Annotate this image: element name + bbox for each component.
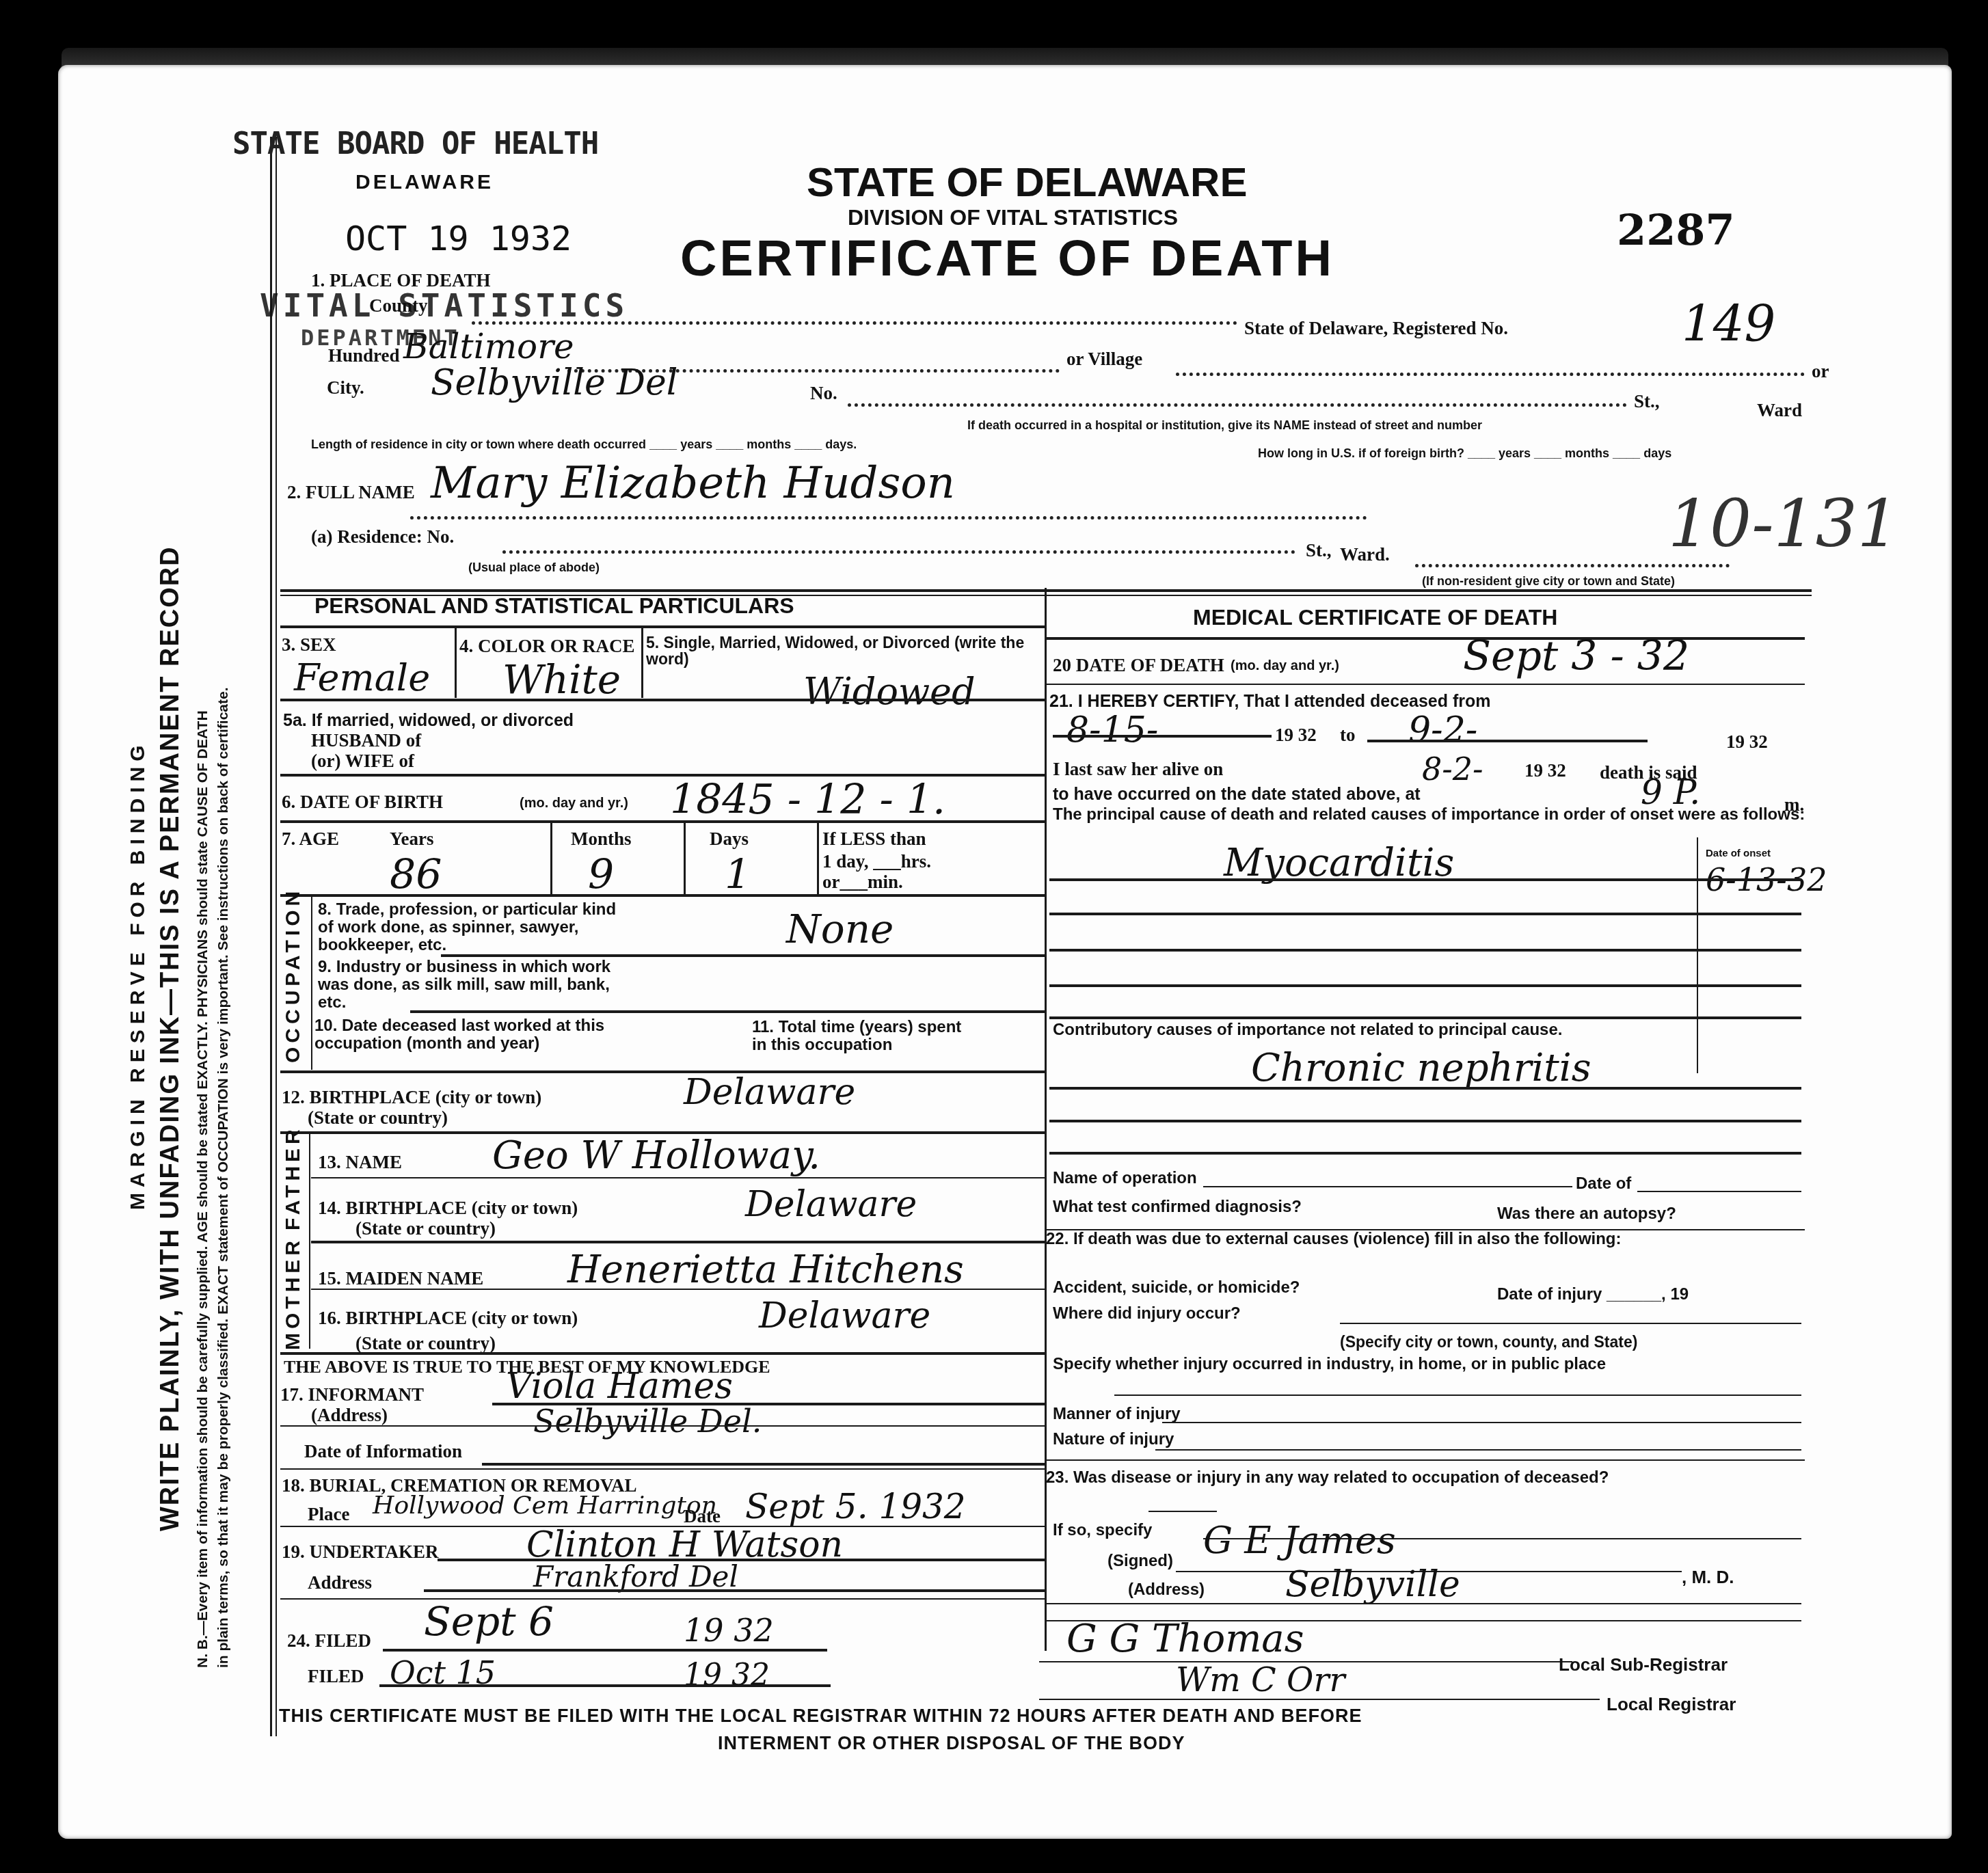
spouse-label-1: 5a. If married, widowed, or divorced: [283, 711, 574, 731]
md-label: , M. D.: [1682, 1567, 1734, 1588]
county-field[interactable]: [472, 321, 1237, 325]
cause-line-5[interactable]: [1049, 1016, 1801, 1019]
occupation-related-label: 23. Was disease or injury in any way rel…: [1046, 1466, 1791, 1490]
mother-birthplace-sub: (State or country): [355, 1333, 496, 1354]
birthplace-label: 12. BIRTHPLACE (city or town): [282, 1087, 541, 1108]
attended-to-value[interactable]: 9-2-: [1408, 710, 1477, 751]
attended-from-value[interactable]: 8-15-: [1066, 710, 1158, 751]
autopsy-label: Was there an autopsy?: [1497, 1204, 1676, 1224]
cause-line-4[interactable]: [1049, 984, 1801, 987]
age-years-value[interactable]: 86: [390, 851, 442, 899]
marital-label: 5. Single, Married, Widowed, or Divorced…: [646, 634, 1043, 667]
injury-date-label: Date of injury ______, 19: [1497, 1285, 1689, 1304]
nature-label: Nature of injury: [1053, 1430, 1174, 1449]
burial-date-value[interactable]: Sept 5. 1932: [745, 1487, 966, 1526]
attended-from-year: 19 32: [1275, 725, 1317, 746]
operation-field[interactable]: [1203, 1186, 1572, 1187]
row-line: [280, 1352, 1045, 1355]
subregistrar-signature[interactable]: G G Thomas: [1066, 1617, 1304, 1661]
undertaker-address-label: Address: [308, 1572, 372, 1593]
row-line: [280, 820, 1045, 823]
occurred-label: to have occurred on the date stated abov…: [1053, 785, 1421, 805]
registrar-field: [1039, 1699, 1600, 1700]
occupation-related-field[interactable]: [1149, 1511, 1217, 1512]
row-line: [280, 894, 1045, 897]
birthplace-sub-label: (State or country): [308, 1107, 448, 1129]
informant-value[interactable]: Viola Hames: [506, 1366, 733, 1407]
less-than-label-1: If LESS than: [822, 828, 926, 850]
ward-label: Ward: [1757, 400, 1802, 421]
last-saw-year: 19 32: [1524, 760, 1566, 781]
vital-statistics-overprint: VITAL STATISTICS: [260, 287, 628, 324]
to-label: to: [1340, 725, 1356, 746]
birthplace-value[interactable]: Delaware: [684, 1072, 855, 1113]
operation-label: Name of operation: [1053, 1169, 1197, 1188]
cause-line-3[interactable]: [1049, 949, 1801, 952]
city-value[interactable]: Selbyville Del: [431, 362, 677, 403]
race-label: 4. COLOR OR RACE: [459, 636, 635, 657]
dob-sub-label: (mo. day and yr.): [520, 796, 628, 811]
place-of-death-label: 1. PLACE OF DEATH: [311, 270, 491, 291]
row-line: [1046, 684, 1805, 685]
last-saw-value[interactable]: 8-2-: [1422, 751, 1483, 787]
physician-address-label: (Address): [1128, 1580, 1205, 1600]
age-days-value[interactable]: 1: [725, 851, 751, 899]
undertaker-field: [438, 1559, 1045, 1561]
industry-field[interactable]: [410, 1010, 1045, 1013]
cause-line-1[interactable]: [1049, 878, 1801, 881]
mother-side-label: MOTHER: [282, 1237, 305, 1350]
row-line: [280, 1070, 1045, 1073]
row-line: [280, 625, 1045, 628]
whether-injury-label: Specify whether injury occurred in indus…: [1053, 1353, 1798, 1375]
subregistrar-label: Local Sub-Registrar: [1559, 1654, 1728, 1675]
date-info-label: Date of Information: [304, 1441, 462, 1462]
medical-section-title: MEDICAL CERTIFICATE OF DEATH: [1193, 605, 1557, 630]
row-line: [280, 1425, 1045, 1427]
age-months-label: Months: [571, 828, 632, 850]
parents-side-divider: [309, 1133, 310, 1349]
residence-ward-field[interactable]: [1415, 564, 1730, 567]
trade-value[interactable]: None: [786, 906, 894, 952]
full-name-value[interactable]: Mary Elizabeth Hudson: [431, 458, 955, 509]
onset-column-divider: [1697, 837, 1698, 1073]
onset-header: Date of onset: [1706, 848, 1771, 859]
village-field[interactable]: [1176, 373, 1805, 376]
attended-to-year: 19 32: [1726, 731, 1768, 753]
filed-field: [383, 1649, 827, 1652]
specify-place-note: (Specify city or town, county, and State…: [1340, 1333, 1637, 1351]
hundred-label: Hundred: [328, 345, 400, 366]
footer-line-2: INTERMENT OR OTHER DISPOSAL OF THE BODY: [718, 1733, 1185, 1754]
certificate-title: CERTIFICATE OF DEATH: [680, 229, 1334, 287]
st-label: St.,: [1634, 391, 1660, 412]
registrar-label: Local Registrar: [1607, 1694, 1736, 1715]
state-title: STATE OF DELAWARE: [807, 159, 1247, 206]
trade-label: 8. Trade, profession, or particular kind…: [318, 901, 626, 954]
row-divider: [641, 628, 643, 698]
father-birthplace-value[interactable]: Delaware: [745, 1184, 917, 1225]
occupation-side-divider: [311, 895, 312, 1070]
contrib-line-1[interactable]: [1049, 1087, 1801, 1090]
nb-instructions-line2: in plain terms, so that it may be proper…: [215, 687, 232, 1668]
industry-label: 9. Industry or business in which work wa…: [318, 958, 626, 1012]
operation-date-label: Date of: [1576, 1174, 1631, 1194]
row-line: [280, 1468, 1045, 1470]
manner-label: Manner of injury: [1053, 1405, 1181, 1424]
nb-instructions-line1: N. B.—Every item of information should b…: [195, 710, 211, 1668]
nature-field[interactable]: [1155, 1449, 1801, 1451]
stamp-state: DELAWARE: [355, 171, 494, 194]
physician-signature[interactable]: G E James: [1203, 1519, 1396, 1562]
mother-birthplace-value[interactable]: Delaware: [759, 1295, 930, 1336]
father-birthplace-label: 14. BIRTHPLACE (city or town): [318, 1198, 578, 1219]
form-left-border: [270, 137, 272, 1736]
informant-address-value[interactable]: Selbyville Del.: [533, 1403, 762, 1440]
age-months-value[interactable]: 9: [588, 851, 614, 899]
public-place-field[interactable]: [1114, 1394, 1801, 1396]
registrar-signature[interactable]: Wm C Orr: [1176, 1661, 1345, 1699]
where-injury-label: Where did injury occur?: [1053, 1304, 1241, 1323]
row-divider: [817, 822, 819, 894]
row-divider: [550, 822, 552, 894]
filed-value[interactable]: Sept 6: [424, 1598, 554, 1645]
footer-line-1: THIS CERTIFICATE MUST BE FILED WITH THE …: [279, 1706, 1362, 1727]
full-name-label: 2. FULL NAME: [287, 482, 415, 503]
residence-length-label: Length of residence in city or town wher…: [311, 437, 857, 452]
occupation-side-label: OCCUPATION: [282, 887, 305, 1063]
residence-label: (a) Residence: No.: [311, 526, 454, 548]
residence-st-label: St.,: [1306, 540, 1332, 561]
where-injury-field[interactable]: [1340, 1323, 1801, 1324]
county-label: County: [369, 295, 428, 316]
hundred-value[interactable]: Baltimore: [403, 327, 574, 366]
row-line: [441, 954, 1045, 957]
burial-place-value[interactable]: Hollywood Cem Harrington: [373, 1492, 717, 1520]
personal-section-title: PERSONAL AND STATISTICAL PARTICULARS: [314, 593, 794, 619]
village-label: or Village: [1066, 349, 1142, 370]
undertaker-address-value[interactable]: Frankford Del: [533, 1560, 738, 1593]
registered-label: State of Delaware, Registered No.: [1244, 318, 1508, 339]
less-than-label-3: or___min.: [822, 872, 903, 893]
age-label: 7. AGE: [282, 828, 339, 850]
marital-value[interactable]: Widowed: [803, 670, 976, 713]
row-line: [1046, 1459, 1805, 1461]
informant-label: 17. INFORMANT: [280, 1384, 424, 1405]
or-label: or: [1812, 361, 1829, 382]
city-label: City.: [327, 377, 364, 399]
burial-place-label: Place: [308, 1504, 349, 1525]
dod-sub-label: (mo. day and yr.): [1231, 658, 1339, 674]
test-label: What test confirmed diagnosis?: [1053, 1198, 1302, 1217]
physician-address-value[interactable]: Selbyville: [1285, 1564, 1460, 1605]
spouse-label-3: (or) WIFE of: [311, 751, 414, 772]
row-line: [311, 1289, 1045, 1290]
dod-value[interactable]: Sept 3 - 32: [1463, 632, 1689, 680]
sex-label: 3. SEX: [282, 634, 336, 656]
usual-abode-note: (Usual place of abode): [468, 561, 600, 575]
registered-number[interactable]: 149: [1682, 295, 1775, 353]
undertaker-address-field: [424, 1589, 1045, 1592]
external-causes-label: 22. If death was due to external causes …: [1046, 1232, 1798, 1247]
column-divider: [1045, 588, 1047, 1651]
undertaker-label: 19. UNDERTAKER: [282, 1541, 439, 1563]
operation-date-field[interactable]: [1637, 1191, 1801, 1192]
form-left-border-inner: [276, 137, 277, 1736]
informant-address-label: (Address): [311, 1405, 388, 1426]
row-line: [311, 1177, 1045, 1178]
margin-note-number: 10-131: [1668, 485, 1899, 562]
foreign-birth-label: How long in U.S. if of foreign birth? __…: [1258, 446, 1671, 461]
row-line: [280, 1598, 1045, 1600]
row-line: [311, 1241, 1045, 1243]
last-worked-label: 10. Date deceased last worked at this oc…: [314, 1017, 622, 1053]
total-time-label: 11. Total time (years) spent in this occ…: [752, 1019, 978, 1054]
cause-label: The principal cause of death and related…: [1053, 807, 1812, 823]
residence-ward-label: Ward.: [1340, 544, 1390, 565]
father-side-label: FATHER: [282, 1125, 305, 1230]
dob-label: 6. DATE OF BIRTH: [282, 792, 443, 813]
mother-birthplace-label: 16. BIRTHPLACE (city or town): [318, 1308, 578, 1329]
contributory-label: Contributory causes of importance not re…: [1053, 1022, 1668, 1038]
date-info-field[interactable]: [482, 1463, 1045, 1466]
age-years-label: Years: [390, 828, 433, 850]
dob-value[interactable]: 1845 - 12 - 1.: [670, 776, 945, 824]
physician-address-field: [1046, 1603, 1801, 1604]
manner-field[interactable]: [1162, 1422, 1801, 1423]
filed-label: 24. FILED: [287, 1630, 371, 1652]
residence-field[interactable]: [502, 550, 1295, 554]
specify-label: If so, specify: [1053, 1521, 1152, 1540]
row-divider: [455, 628, 457, 698]
spouse-label-2: HUSBAND of: [311, 730, 421, 751]
hospital-note: If death occurred in a hospital or insti…: [967, 418, 1482, 433]
board-of-health-stamp: STATE BOARD OF HEALTH: [232, 126, 598, 161]
filed2-field: [379, 1684, 831, 1687]
row-divider: [684, 822, 686, 894]
margin-reserve-text: MARGIN RESERVE FOR BINDING: [126, 740, 150, 1211]
filed-year[interactable]: 19 32: [684, 1612, 774, 1649]
father-birthplace-sub: (State or country): [355, 1218, 496, 1239]
row-line: [280, 699, 1045, 701]
division-title: DIVISION OF VITAL STATISTICS: [848, 205, 1178, 230]
attended-from-field: [1053, 735, 1272, 738]
contrib-line-2[interactable]: [1049, 1120, 1801, 1122]
father-name-label: 13. NAME: [318, 1152, 402, 1173]
father-name-value[interactable]: Geo W Holloway.: [492, 1133, 820, 1178]
filed2-label: FILED: [308, 1666, 364, 1687]
mother-name-value[interactable]: Henerietta Hitchens: [567, 1248, 964, 1292]
accident-label: Accident, suicide, or homicide?: [1053, 1278, 1300, 1297]
nonresident-note: (If non-resident give city or town and S…: [1422, 574, 1675, 589]
last-saw-label: I last saw her alive on: [1053, 759, 1223, 780]
contrib-line-3[interactable]: [1049, 1152, 1801, 1155]
certify-label: 21. I HEREBY CERTIFY, That I attended de…: [1049, 692, 1491, 712]
race-value[interactable]: White: [502, 656, 621, 703]
row-line: [1046, 637, 1805, 640]
mother-name-label: 15. MAIDEN NAME: [318, 1268, 483, 1289]
received-date-stamp: OCT 19 1932: [345, 219, 572, 258]
less-than-label-2: 1 day, ___hrs.: [822, 851, 931, 872]
sex-value[interactable]: Female: [294, 656, 430, 699]
cause-line-2[interactable]: [1049, 913, 1801, 915]
contributory-value[interactable]: Chronic nephritis: [1251, 1046, 1591, 1090]
signed-label: (Signed): [1107, 1552, 1173, 1571]
write-plainly-text: WRITE PLAINLY, WITH UNFADING INK—THIS IS…: [156, 545, 185, 1531]
street-field[interactable]: [848, 403, 1627, 407]
attended-to-field: [1367, 740, 1648, 742]
dod-label: 20 DATE OF DEATH: [1053, 655, 1224, 676]
age-days-label: Days: [710, 828, 749, 850]
filed2-year[interactable]: 19 32: [684, 1658, 770, 1693]
street-no-label: No.: [810, 383, 837, 404]
file-number: 2287: [1617, 205, 1735, 255]
full-name-field: [410, 516, 1367, 520]
